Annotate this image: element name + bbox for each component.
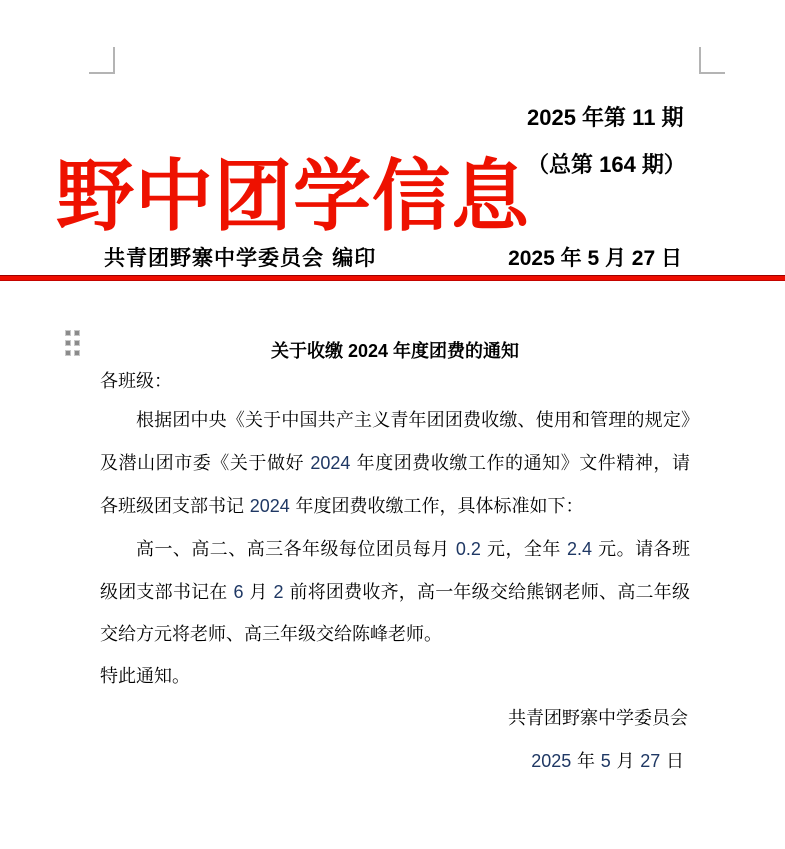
publisher-row: 共青团野寨中学委员会 编印 2025 年 5 月 27 日	[104, 243, 682, 274]
masthead-title: 野中团学信息	[56, 138, 530, 256]
issue-number: 2025 年第 11 期	[527, 104, 737, 132]
page-margin-corner-top-right-icon	[699, 47, 725, 74]
notice-heading: 关于收缴 2024 年度团费的通知	[100, 338, 690, 364]
paragraph-1: 根据团中央《关于中国共产主义青年团团费收缴、使用和管理的规定》及潜山团市委《关于…	[100, 400, 690, 528]
page-margin-corner-top-left-icon	[89, 47, 115, 74]
masthead-rule	[0, 275, 785, 281]
document-page: 野中团学信息 2025 年第 11 期 （总第 164 期） 共青团野寨中学委员…	[0, 0, 785, 849]
issue-info: 2025 年第 11 期 （总第 164 期）	[527, 104, 737, 179]
publish-date: 2025 年 5 月 27 日	[508, 244, 682, 274]
paragraph-2: 高一、高二、高三各年级每位团员每月 0.2 元，全年 2.4 元。请各班级团支部…	[100, 528, 690, 656]
signature-organization: 共青团野寨中学委员会	[100, 698, 690, 740]
signature-date: 2025 年 5 月 27 日	[100, 740, 690, 783]
closing-line: 特此通知。	[100, 656, 690, 698]
publisher-name: 共青团野寨中学委员会 编印	[104, 243, 376, 273]
salutation: 各班级：	[100, 364, 690, 400]
issue-total: （总第 164 期）	[527, 151, 737, 179]
drag-handle-icon[interactable]	[66, 331, 79, 355]
notice-body: 关于收缴 2024 年度团费的通知 各班级： 根据团中央《关于中国共产主义青年团…	[100, 338, 690, 783]
